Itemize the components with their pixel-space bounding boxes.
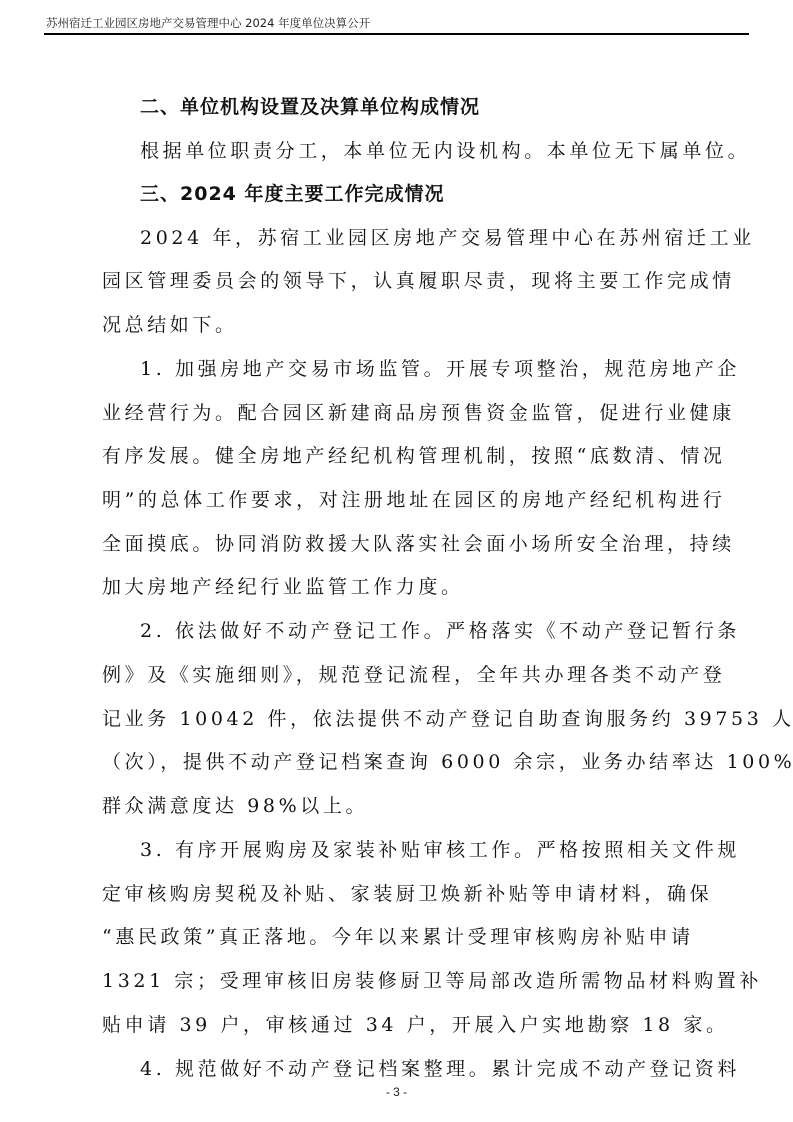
- paragraph-line: 全面摸底。协同消防救援大队落实社会面小场所安全治理，持续: [102, 529, 735, 556]
- paragraph-line: 记业务 10042 件，依法提供不动产登记自助查询服务约 39753 人: [102, 704, 793, 731]
- paragraph-line: 园区管理委员会的领导下，认真履职尽责，现将主要工作完成情: [102, 266, 735, 293]
- paragraph-line: 明”的总体工作要求，对注册地址在园区的房地产经纪机构进行: [102, 485, 726, 512]
- paragraph-line: （次），提供不动产登记档案查询 6000 余宗，业务办结率达 100%，: [102, 747, 793, 774]
- paragraph-line: 2. 依法做好不动产登记工作。严格落实《不动产登记暂行条: [140, 616, 740, 643]
- paragraph-line: 1321 宗；受理审核旧房装修厨卫等局部改造所需物品材料购置补: [102, 966, 762, 993]
- paragraph-line: 加大房地产经纪行业监管工作力度。: [102, 572, 464, 599]
- body-text: 根据单位职责分工，本单位无内设机构。本单位无下属单位。: [140, 136, 750, 163]
- header-title: 苏州宿迁工业园区房地产交易管理中心 2024 年度单位决算公开: [44, 14, 749, 32]
- paragraph-line: 例》及《实施细则》，规范登记流程，全年共办理各类不动产登: [102, 660, 725, 687]
- paragraph-line: 有序发展。健全房地产经纪机构管理机制，按照“底数清、情况: [102, 441, 726, 468]
- paragraph-line: 3. 有序开展购房及家装补贴审核工作。严格按照相关文件规: [140, 835, 740, 862]
- paragraph-line: “惠民政策”真正落地。今年以来累计受理审核购房补贴申请: [102, 922, 694, 949]
- paragraph-line: 贴申请 39 户，审核通过 34 户，开展入户实地勘察 18 家。: [102, 1010, 729, 1037]
- section-heading: 二、单位机构设置及决算单位构成情况: [140, 92, 480, 119]
- section-heading: 三、2024 年度主要工作完成情况: [140, 179, 445, 206]
- paragraph-line: 业经营行为。配合园区新建商品房预售资金监管，促进行业健康: [102, 398, 735, 425]
- paragraph-line: 1. 加强房地产交易市场监管。开展专项整治，规范房地产企: [140, 354, 740, 381]
- paragraph-line: 况总结如下。: [102, 310, 238, 337]
- paragraph-line: 2024 年，苏宿工业园区房地产交易管理中心在苏州宿迁工业: [140, 223, 755, 250]
- paragraph-line: 定审核购房契税及补贴、家装厨卫焕新补贴等申请材料，确保: [102, 879, 712, 906]
- paragraph-line: 4. 规范做好不动产登记档案整理。累计完成不动产登记资料: [140, 1054, 740, 1081]
- header-divider: [44, 33, 749, 35]
- paragraph-line: 群众满意度达 98%以上。: [102, 791, 368, 818]
- page-number: - 3 -: [0, 1085, 793, 1099]
- page-header: 苏州宿迁工业园区房地产交易管理中心 2024 年度单位决算公开: [44, 14, 749, 35]
